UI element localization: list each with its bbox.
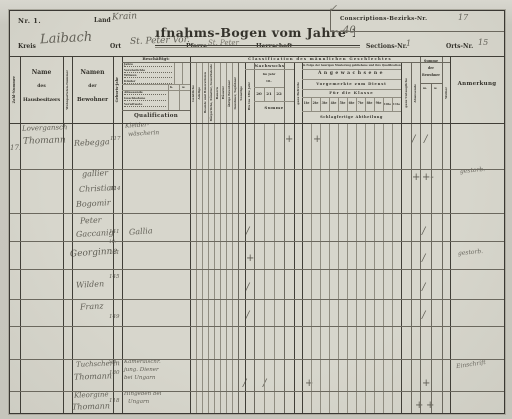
- fuer-klasse-label: Für die Klasse: [302, 90, 401, 96]
- grid-line: [302, 111, 401, 112]
- inhabitant-name: Peter: [80, 216, 102, 225]
- grid-line: [202, 62, 203, 413]
- birth-year: 114: [110, 187, 121, 193]
- grid-line: [10, 123, 504, 124]
- grid-line: [302, 97, 401, 98]
- tally-mark: /: [246, 283, 249, 293]
- grid-line: [245, 62, 246, 413]
- klasse-cell: 4te: [329, 97, 338, 111]
- grid-line: [254, 87, 284, 88]
- grid-line: [431, 83, 432, 413]
- grid-line: [10, 241, 504, 242]
- grid-line: [311, 97, 312, 111]
- grid-line: [320, 97, 321, 111]
- vorgemerkte-label: Vorgemerkte zum Dienst: [302, 80, 401, 88]
- grid-line: [329, 97, 330, 111]
- grid-line: [302, 79, 401, 80]
- sections-label: Sections-Nr.: [366, 44, 407, 50]
- col-anmerkung: Anmerkung: [450, 79, 504, 91]
- grid-line: [254, 62, 255, 413]
- grid-line: [356, 97, 357, 111]
- tally-mark: /: [412, 135, 415, 145]
- grid-line: [365, 123, 366, 413]
- form-sheet: Nr. 1. Land Krain ✓ Aufnahms-Bogen vom J…: [9, 10, 505, 414]
- klasse-cell: 11te: [392, 97, 401, 111]
- grid-line: [401, 62, 402, 413]
- col-untaugliche: ganz Untaugliche: [401, 63, 411, 123]
- tally-mark: +: [422, 379, 430, 389]
- inhabitant-name: Wilden: [76, 280, 105, 289]
- klasse-cell: 6te: [347, 97, 356, 111]
- col-bewohner: Namen der Bewohner: [72, 56, 113, 123]
- qualification-note: bei Ungarn: [124, 376, 155, 382]
- klasse-cell: 5te: [338, 97, 347, 111]
- grid-line: [226, 62, 227, 413]
- col-hausbesitzer: Name des Hausbesitzers: [20, 56, 63, 123]
- form-number: Nr. 1.: [18, 18, 41, 25]
- col-abwesende: Abwesende: [411, 63, 420, 123]
- tally-mark: /: [422, 254, 425, 264]
- grid-line: [338, 123, 339, 413]
- grid-line: [311, 123, 312, 413]
- grid-line: [338, 97, 339, 111]
- birth-year: 118: [109, 399, 120, 405]
- owner-name: Lovergansch: [22, 124, 68, 133]
- besch-row: Witwen: [124, 74, 172, 79]
- grid-line: [302, 62, 303, 413]
- inhabitant-name: Bogomir: [76, 199, 111, 209]
- grid-line: [10, 326, 504, 327]
- qualification-label: Qualification: [134, 114, 178, 120]
- stand-col-h: h.: [170, 86, 173, 89]
- grid-line: [155, 47, 360, 48]
- grid-line: [329, 123, 330, 413]
- tally-mark: +: [305, 379, 313, 389]
- inhabitant-name: gallier: [82, 169, 109, 178]
- land-value: Krain: [112, 12, 138, 22]
- qualification-note: Kameralschr.: [124, 360, 161, 366]
- grid-line: [122, 90, 190, 91]
- grid-line: [274, 87, 275, 101]
- grid-line: [238, 62, 239, 413]
- qualification-note: wäscherin: [128, 130, 159, 138]
- stand-row: Verwitwete: [124, 103, 166, 108]
- qualification-note: Gallia: [129, 227, 153, 237]
- grid-line: [420, 83, 442, 84]
- grid-line: [196, 62, 197, 413]
- grid-line: [168, 84, 169, 110]
- schlagfertige-label: Schlagfertige Abtheilung: [302, 112, 401, 123]
- klasse-cell: 8te: [365, 97, 374, 111]
- qualification-note: jung. Diener: [124, 368, 159, 374]
- grid-line: [174, 62, 175, 84]
- grid-line: [330, 11, 331, 31]
- qualification-note: Ungarn: [128, 400, 149, 406]
- tally-mark: /: [246, 311, 249, 321]
- land-label: Land: [94, 18, 111, 24]
- grid-line: [10, 169, 504, 170]
- grid-line: [302, 69, 401, 70]
- inhabitant-name: Thomann: [74, 372, 112, 381]
- klasse-cell: 1te: [302, 97, 311, 111]
- klasse-cell: 10te: [383, 97, 392, 111]
- grid-line: [122, 62, 190, 63]
- grid-line: [356, 123, 357, 413]
- tally-mark: /: [246, 227, 249, 237]
- kreis-value: Laibach: [40, 31, 93, 47]
- birth-year: 117: [110, 137, 121, 143]
- angewachsene-label: Angewachsene: [302, 70, 401, 78]
- grid-line: [179, 84, 180, 110]
- klasse-cell: 3te: [320, 97, 329, 111]
- nachwuchs-cell: 21: [264, 87, 274, 101]
- grid-line: [347, 123, 348, 413]
- inhabitant-name: Kleorgine: [74, 391, 109, 399]
- grid-line: [208, 62, 209, 413]
- grid-line: [220, 62, 221, 413]
- conscription-label: Conscriptions-Bezirks-Nr.: [340, 17, 427, 23]
- grid-line: [374, 123, 375, 413]
- grid-line: [10, 391, 504, 392]
- sections-value: 1: [406, 40, 411, 48]
- tally-mark: /: [422, 283, 425, 293]
- grid-line: [214, 62, 215, 413]
- summe-col-w: w.: [434, 87, 437, 90]
- tally-mark: /: [422, 311, 425, 321]
- col-wohnpartei: Wohnparteien-Nummer: [63, 56, 72, 123]
- inhabitant-name: Rebegga: [74, 138, 110, 148]
- grid-line: [411, 62, 412, 413]
- grid-line: [284, 62, 285, 413]
- klasse-cell: 7te: [356, 97, 365, 111]
- col-weiber: Weiber: [442, 63, 450, 123]
- tally-mark: +-: [422, 173, 434, 183]
- grid-line: [264, 123, 265, 413]
- birth-year: 149: [109, 315, 120, 321]
- col-sonstige: Sonstige: [238, 63, 245, 123]
- inhabitant-name: Thomann: [72, 402, 110, 411]
- orts-label: Orts-Nr.: [446, 44, 473, 50]
- remark-note: gestorb.: [458, 248, 484, 257]
- klasse-cell: 2te: [311, 97, 320, 111]
- grid-line: [10, 269, 504, 270]
- grid-line: [320, 123, 321, 413]
- nachwuchs-sub-1: Im Jahr: [254, 71, 284, 77]
- grid-line: [182, 62, 183, 84]
- scanned-census-form: { "form": { "no": "Nr. 1.", "land_label"…: [0, 0, 512, 419]
- grid-line: [245, 69, 294, 70]
- grid-line: [254, 101, 294, 102]
- stand-col-w: w.: [182, 86, 185, 89]
- grid-line: [274, 123, 275, 413]
- birth-year: 180: [109, 371, 120, 377]
- grid-line: [347, 97, 348, 111]
- remark-note: Einschrift: [456, 359, 487, 370]
- grid-line: [122, 84, 190, 85]
- klasse-cell: 9te: [374, 97, 383, 111]
- grid-line: [392, 123, 393, 413]
- grid-line: [330, 31, 504, 32]
- besch-title: Beschäftigt:: [142, 57, 169, 61]
- birth-year: 141: [109, 230, 120, 236]
- nachwuchs-cell: 20: [254, 87, 264, 101]
- nachwuchs-sub-2: 18..: [254, 78, 284, 84]
- tally-mark: +: [285, 135, 293, 145]
- nachwuchs-cell: 22: [274, 87, 284, 101]
- ort-label: Ort: [110, 44, 121, 50]
- grid-line: [232, 62, 233, 413]
- qualification-note: Hingeben bei: [124, 392, 161, 398]
- grid-line: [383, 123, 384, 413]
- owner-name: Thomann: [23, 136, 66, 146]
- grid-line: [374, 97, 375, 111]
- summe-col-m: m.: [423, 87, 427, 90]
- grid-line: [122, 110, 190, 111]
- grid-line: [190, 62, 450, 63]
- conscription-value: 17: [458, 14, 468, 22]
- tally-mark: /: [422, 227, 425, 237]
- grid-line: [294, 62, 295, 413]
- nachwuchs-summe: Summe: [254, 103, 294, 113]
- grid-line: [10, 359, 504, 360]
- orts-value: 15: [478, 39, 488, 47]
- grid-line: [10, 56, 504, 57]
- grid-line: [10, 299, 504, 300]
- remark-note: gestorb.: [460, 166, 486, 175]
- grid-line: [10, 213, 504, 214]
- besch-row: Jahre: [124, 63, 172, 68]
- grid-line: [383, 97, 384, 111]
- nachwuchs-side: Bis ins 18te Jahr: [245, 69, 254, 123]
- grid-line: [155, 45, 360, 46]
- col-zahl-nummer: Zahl-Nummer: [10, 56, 20, 123]
- grid-line: [302, 89, 401, 90]
- kreis-label: Kreis: [18, 44, 36, 50]
- birth-year: 145: [109, 275, 120, 281]
- birth-year: 181: [109, 251, 120, 257]
- col-geburtsjahr: Geburts-Jahr: [113, 56, 122, 123]
- tally-mark: /: [424, 135, 427, 145]
- grid-line: [264, 87, 265, 101]
- col-befreite: ganz Befreite: [294, 63, 302, 123]
- grid-line: [365, 97, 366, 111]
- grid-line: [392, 97, 393, 111]
- inhabitant-name: Franz: [80, 302, 104, 311]
